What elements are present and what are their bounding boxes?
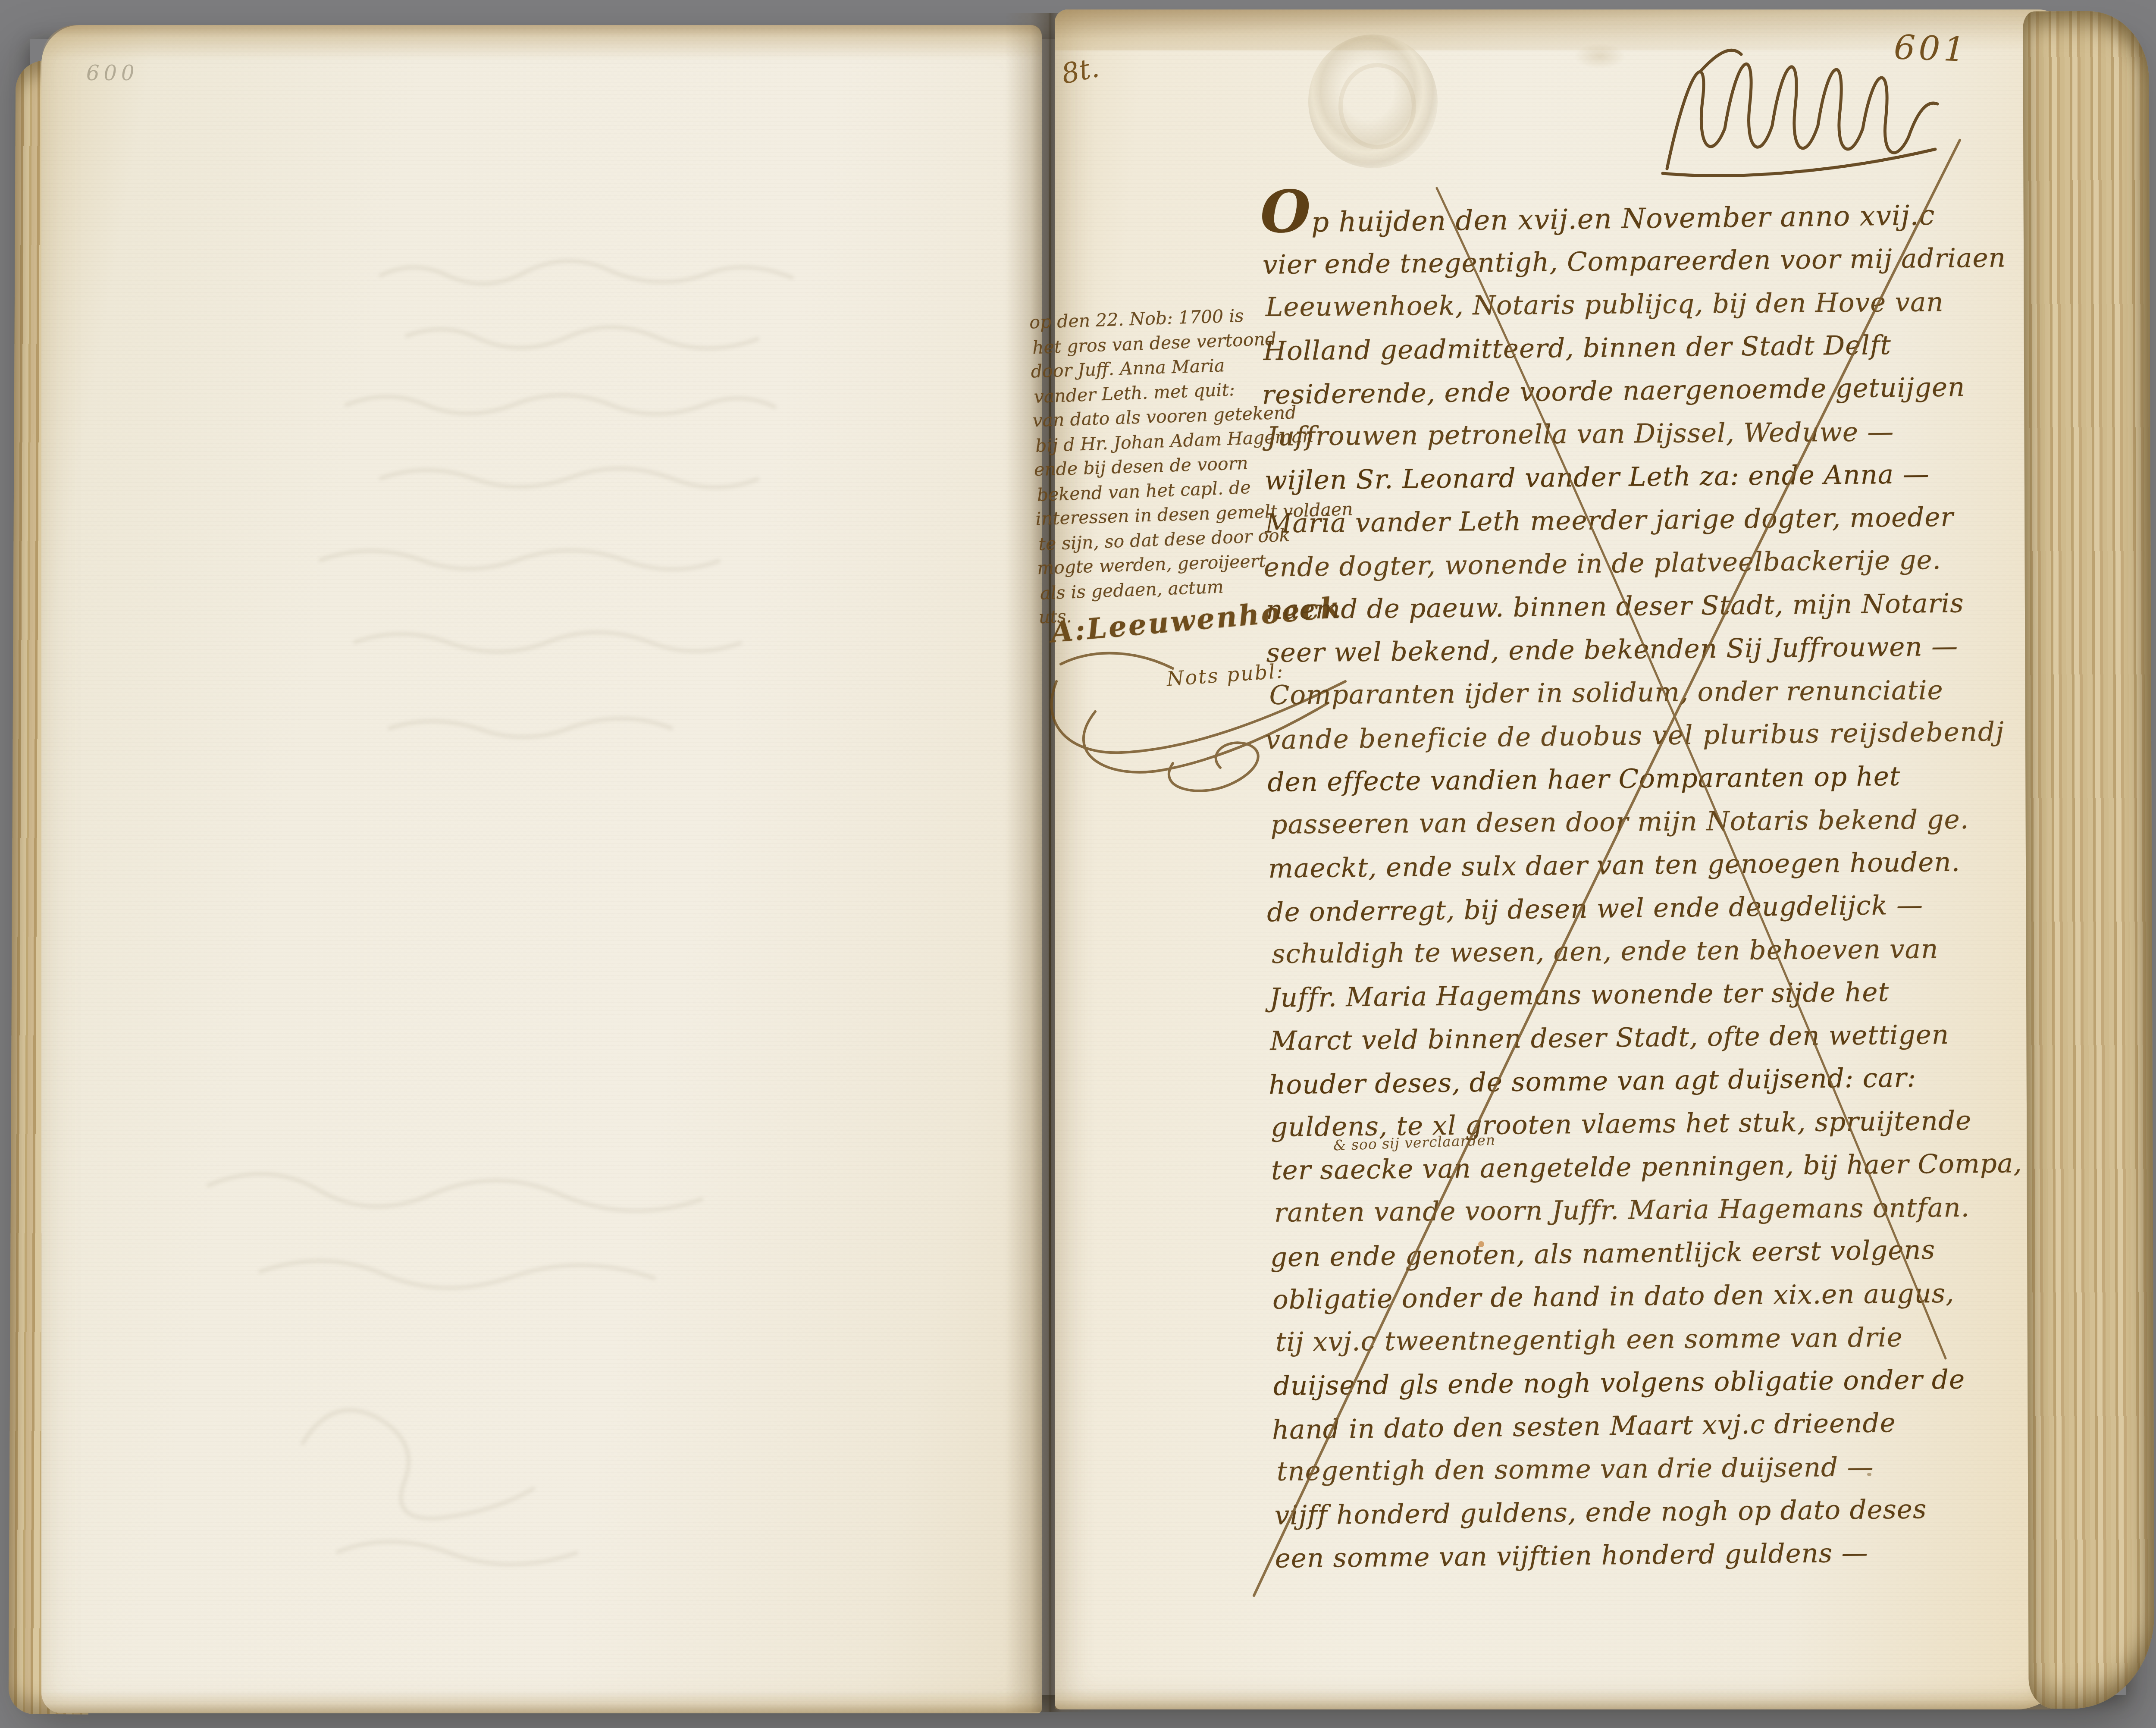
cancellation-cross-lines [0, 0, 2156, 1728]
right-fore-edge-stack [2023, 11, 2155, 1709]
ink-speck [1867, 1473, 1871, 1476]
ink-speck [1478, 1241, 1484, 1247]
paper-stain [1574, 43, 1626, 69]
manuscript-photo: 600 601 8t. [0, 0, 2156, 1728]
